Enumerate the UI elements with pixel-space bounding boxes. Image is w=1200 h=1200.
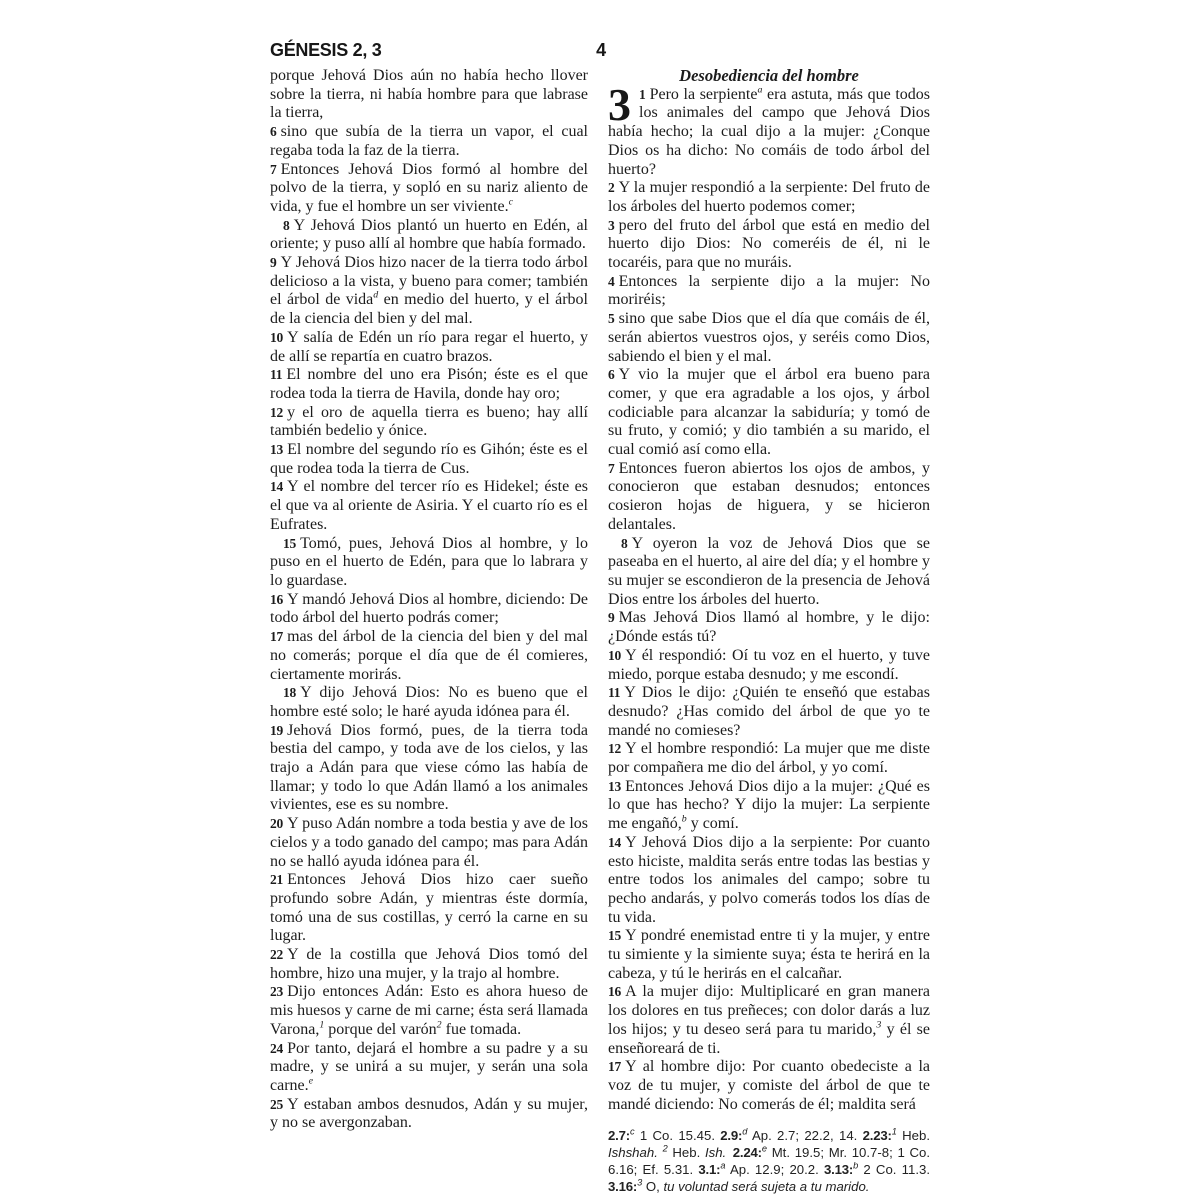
- footnote-marker: b: [682, 814, 687, 825]
- verse: 17Y al hombre dijo: Por cuanto obedecist…: [608, 1058, 930, 1114]
- verse: 6Y vio la mujer que el árbol era bueno p…: [608, 366, 930, 460]
- verse: 7Entonces Jehová Dios formó al hombre de…: [270, 161, 588, 217]
- verse-number: 22: [270, 947, 283, 962]
- footnote-marker: d: [742, 1127, 747, 1137]
- footnote-ref: 3.16:: [608, 1179, 637, 1194]
- verse: 16Y mandó Jehová Dios al hombre, diciend…: [270, 591, 588, 628]
- footnote-marker: e: [309, 1076, 313, 1087]
- verse-number: 16: [608, 984, 621, 999]
- verse-number: 23: [270, 984, 283, 999]
- verse: 5sino que sabe Dios que el día que comái…: [608, 310, 930, 366]
- footnote-marker: 1: [319, 1020, 324, 1031]
- verse: 13El nombre del segundo río es Gihón; és…: [270, 441, 588, 478]
- verse: 16A la mujer dijo: Multiplicaré en gran …: [608, 983, 930, 1058]
- verse-number: 9: [608, 610, 615, 625]
- column-right: Desobediencia del hombre31Pero la serpie…: [608, 67, 930, 1196]
- verse-number: 12: [608, 741, 621, 756]
- verse: 14Y Jehová Dios dijo a la serpiente: Por…: [608, 834, 930, 928]
- verse-number: 1: [639, 87, 646, 102]
- verse-number: 18: [283, 685, 296, 700]
- verse-number: 15: [283, 536, 296, 551]
- footnote-marker: 3: [637, 1177, 642, 1187]
- verse: 18Y dijo Jehová Dios: No es bueno que el…: [270, 684, 588, 721]
- footnote-ref: 2.24:: [733, 1145, 762, 1160]
- footnote-italic-text: Ish.: [705, 1145, 726, 1160]
- verse-number: 8: [621, 536, 628, 551]
- footnote-marker: d: [373, 290, 378, 301]
- verse: 9Mas Jehová Dios llamó al hombre, y le d…: [608, 609, 930, 646]
- verse: 10Y salía de Edén un río para regar el h…: [270, 329, 588, 366]
- verse: 8Y Jehová Dios plantó un huerto en Edén,…: [270, 217, 588, 254]
- verse: 9Y Jehová Dios hizo nacer de la tierra t…: [270, 254, 588, 329]
- verse-number: 24: [270, 1041, 283, 1056]
- verse-number: 25: [270, 1097, 283, 1112]
- verse-number: 17: [270, 629, 283, 644]
- footnote-marker: b: [853, 1161, 858, 1171]
- verse: porque Jehová Dios aún no había hecho ll…: [270, 67, 588, 123]
- footnote-italic-text: Ishshah.: [608, 1145, 658, 1160]
- verse-number: 17: [608, 1059, 621, 1074]
- footnote-marker: c: [630, 1127, 635, 1137]
- verse-number: 21: [270, 872, 283, 887]
- footnotes: 2.7:c 1 Co. 15.45. 2.9:d Ap. 2.7; 22.2, …: [608, 1128, 930, 1195]
- verse-number: 20: [270, 816, 283, 831]
- verse-number: 2: [608, 180, 615, 195]
- verse-number: 12: [270, 405, 283, 420]
- verse-number: 7: [608, 461, 615, 476]
- verse-number: 4: [608, 274, 615, 289]
- verse-number: 10: [270, 330, 283, 345]
- footnote-marker: 1: [892, 1127, 897, 1137]
- verse: 12Y el hombre respondió: La mujer que me…: [608, 740, 930, 777]
- verse: 24Por tanto, dejará el hombre a su padre…: [270, 1040, 588, 1096]
- chapter-number-dropcap: 3: [608, 87, 631, 122]
- verse-number: 8: [283, 218, 290, 233]
- footnote-marker: c: [509, 197, 513, 208]
- verse: 2Y la mujer respondió a la serpiente: De…: [608, 179, 930, 216]
- verse-number: 3: [608, 218, 615, 233]
- verse-number: 13: [608, 779, 621, 794]
- footnote-ref: 2.7:: [608, 1128, 630, 1143]
- footnote-italic-text: tu voluntad será sujeta a tu marido.: [663, 1179, 869, 1194]
- footnote-ref: 3.13:: [824, 1162, 853, 1177]
- verse-number: 15: [608, 928, 621, 943]
- verse: 31Pero la serpientea era astuta, más que…: [608, 86, 930, 180]
- verse-number: 13: [270, 442, 283, 457]
- verse: 11El nombre del uno era Pisón; éste es e…: [270, 366, 588, 403]
- verse: 15Tomó, pues, Jehová Dios al hombre, y l…: [270, 535, 588, 591]
- footnote-ref: 3.1:: [698, 1162, 720, 1177]
- verse-number: 9: [270, 255, 277, 270]
- verse-number: 14: [270, 479, 283, 494]
- running-head: GÉNESIS 2, 3 4: [270, 40, 932, 60]
- text-columns: porque Jehová Dios aún no había hecho ll…: [270, 67, 932, 1196]
- verse-number: 11: [270, 367, 282, 382]
- verse: 13Entonces Jehová Dios dijo a la mujer: …: [608, 778, 930, 834]
- verse: 20Y puso Adán nombre a toda bestia y ave…: [270, 815, 588, 871]
- footnote-marker: a: [757, 84, 762, 95]
- footnote-ref: 2.9:: [720, 1128, 742, 1143]
- verse-number: 16: [270, 592, 283, 607]
- verse: 3pero del fruto del árbol que está en me…: [608, 217, 930, 273]
- verse: 11Y Dios le dijo: ¿Quién te enseñó que e…: [608, 684, 930, 740]
- verse-number: 10: [608, 648, 621, 663]
- verse: 4Entonces la serpiente dijo a la mujer: …: [608, 273, 930, 310]
- verse: 8Y oyeron la voz de Jehová Dios que se p…: [608, 535, 930, 610]
- verse: 7Entonces fueron abiertos los ojos de am…: [608, 460, 930, 535]
- footnote-marker: 2: [663, 1144, 668, 1154]
- page-number: 4: [270, 40, 932, 61]
- verse-number: 7: [270, 162, 277, 177]
- verse: 19Jehová Dios formó, pues, de la tierra …: [270, 722, 588, 816]
- verse: 6sino que subía de la tierra un vapor, e…: [270, 123, 588, 160]
- verse: 12y el oro de aquella tierra es bueno; h…: [270, 404, 588, 441]
- verse: 21Entonces Jehová Dios hizo caer sueño p…: [270, 871, 588, 946]
- verse-number: 6: [270, 124, 277, 139]
- footnote-marker: e: [762, 1144, 767, 1154]
- footnote-marker: 3: [876, 1020, 881, 1031]
- verse-number: 11: [608, 685, 620, 700]
- verse-number: 19: [270, 723, 283, 738]
- verse-number: 6: [608, 367, 615, 382]
- verse: 14Y el nombre del tercer río es Hidekel;…: [270, 478, 588, 534]
- section-heading: Desobediencia del hombre: [608, 67, 930, 86]
- verse: 10Y él respondió: Oí tu voz en el huerto…: [608, 647, 930, 684]
- verse-number: 14: [608, 835, 621, 850]
- footnote-marker: 2: [437, 1020, 442, 1031]
- verse: 22Y de la costilla que Jehová Dios tomó …: [270, 946, 588, 983]
- footnote-marker: a: [720, 1161, 725, 1171]
- verse: 15Y pondré enemistad entre ti y la mujer…: [608, 927, 930, 983]
- bible-page: GÉNESIS 2, 3 4 porque Jehová Dios aún no…: [270, 40, 932, 1196]
- verse: 23Dijo entonces Adán: Esto es ahora hues…: [270, 983, 588, 1039]
- verse: 25Y estaban ambos desnudos, Adán y su mu…: [270, 1096, 588, 1133]
- verse-number: 5: [608, 311, 615, 326]
- footnote-ref: 2.23:: [863, 1128, 892, 1143]
- verse: 17mas del árbol de la ciencia del bien y…: [270, 628, 588, 684]
- column-left: porque Jehová Dios aún no había hecho ll…: [270, 67, 588, 1133]
